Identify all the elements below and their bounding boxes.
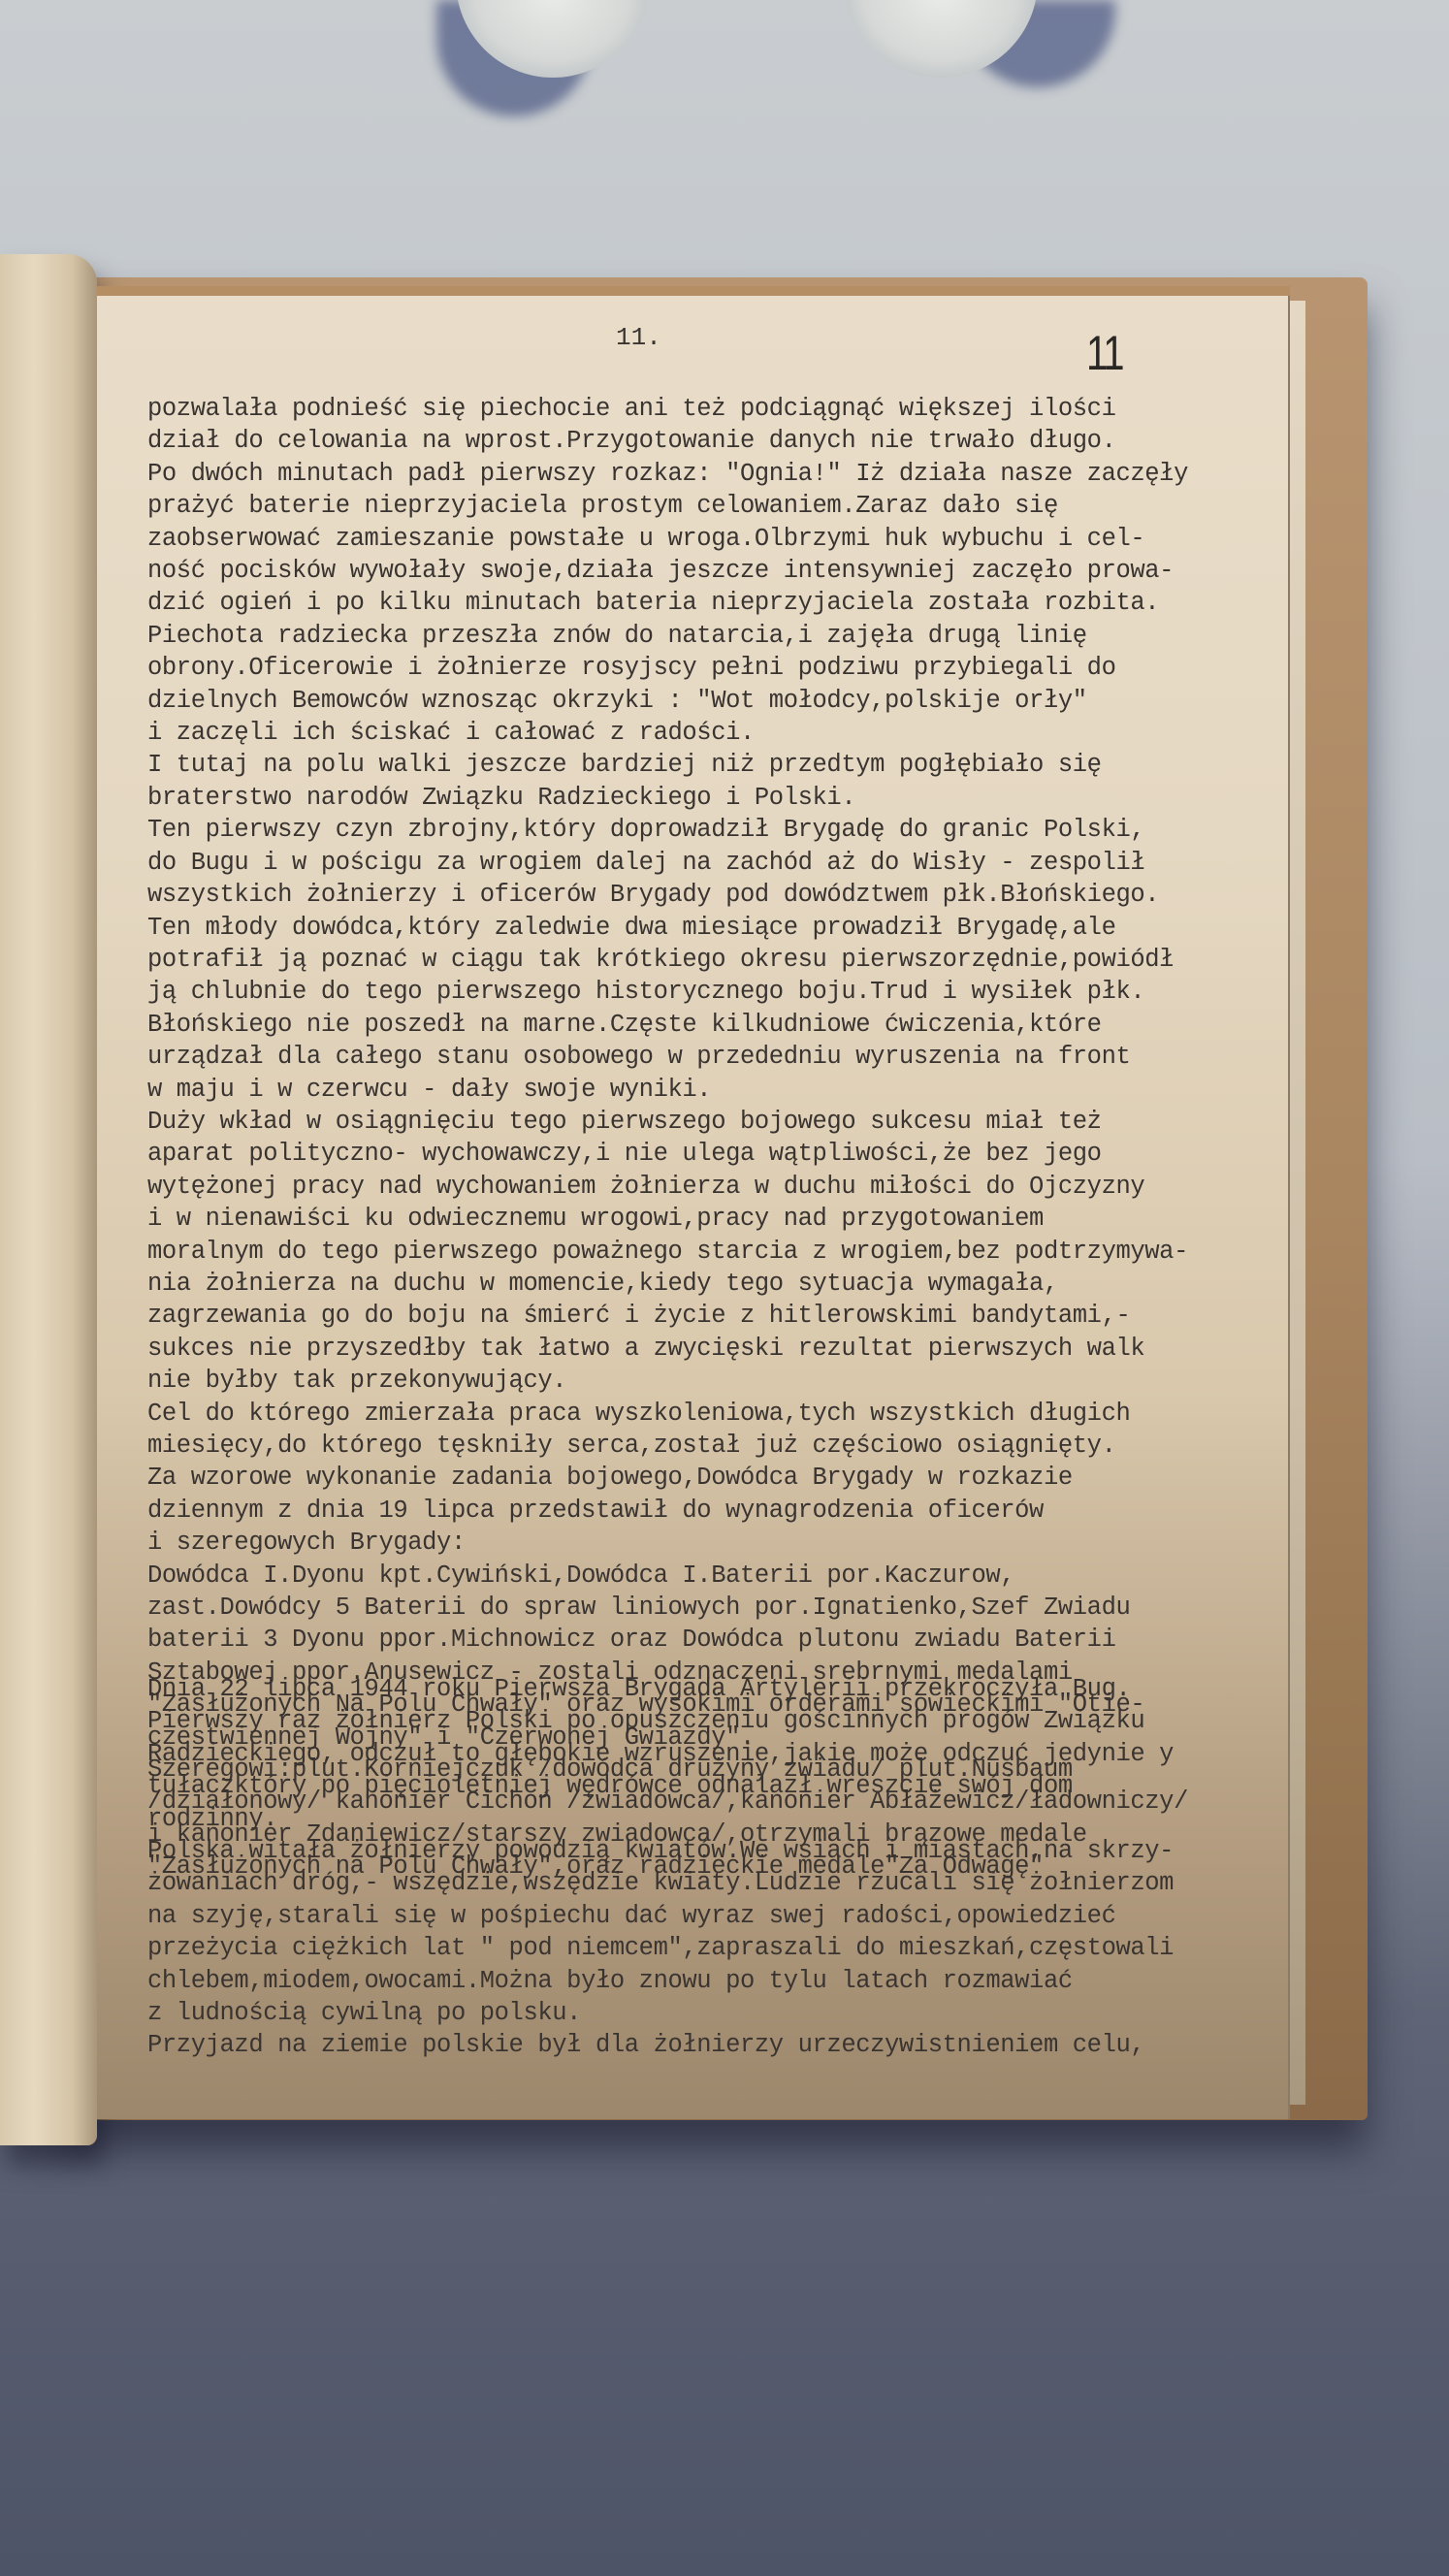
text-line: i w nienawiści ku odwiecznemu wrogowi,pr… — [147, 1203, 1292, 1235]
folder-spine — [0, 254, 97, 2145]
stamped-page-number: 11 — [1086, 327, 1123, 381]
text-line: baterii 3 Dyonu ppor.Michnowicz oraz Dow… — [147, 1624, 1292, 1656]
text-line: Przyjazd na ziemie polskie był dla żołni… — [147, 2029, 1292, 2061]
text-line: Polska witała żołnierzy powodzią kwiatów… — [147, 1835, 1292, 1867]
text-line: tułaczktóry po pięcioletniej wędrówce od… — [147, 1770, 1292, 1802]
out-of-focus-object — [417, 0, 1096, 78]
text-line: rodzinny. — [147, 1803, 1292, 1835]
text-line: Dnia 22 lipca 1944 roku Pierwsza Brygada… — [147, 1673, 1292, 1705]
text-line: Cel do którego zmierzała praca wyszkolen… — [147, 1398, 1292, 1430]
text-line: żowaniach dróg,- wszędzie,wszędzie kwiat… — [147, 1867, 1292, 1899]
text-line: sukces nie przyszedłby tak łatwo a zwyci… — [147, 1333, 1292, 1365]
body-text-block-1: pozwalała podnieść się piechocie ani też… — [147, 393, 1292, 1884]
text-line: i zaczęli ich ściskać i całować z radośc… — [147, 717, 1292, 749]
text-line: ją chlubnie do tego pierwszego historycz… — [147, 976, 1292, 1008]
text-line: Po dwóch minutach padł pierwszy rozkaz: … — [147, 458, 1292, 490]
text-line: Za wzorowe wykonanie zadania bojowego,Do… — [147, 1462, 1292, 1494]
text-line: urządzał dla całego stanu osobowego w pr… — [147, 1041, 1292, 1073]
text-line: moralnym do tego pierwszego poważnego st… — [147, 1236, 1292, 1268]
document-page: 11. 11 pozwalała podnieść się piechocie … — [97, 286, 1290, 2119]
text-line: braterstwo narodów Związku Radzieckiego … — [147, 782, 1292, 814]
text-line: dziennym z dnia 19 lipca przedstawił do … — [147, 1495, 1292, 1527]
text-line: obrony.Oficerowie i żołnierze rosyjscy p… — [147, 652, 1292, 684]
text-line: dzić ogień i po kilku minutach bateria n… — [147, 587, 1292, 619]
text-line: ność pocisków wywołały swoje,działa jesz… — [147, 555, 1292, 587]
text-line: wszystkich żołnierzy i oficerów Brygady … — [147, 879, 1292, 911]
text-line: nia żołnierza na duchu w momencie,kiedy … — [147, 1268, 1292, 1300]
text-line: zaobserwować zamieszanie powstałe u wrog… — [147, 523, 1292, 555]
text-line: Dowódca I.Dyonu kpt.Cywiński,Dowódca I.B… — [147, 1560, 1292, 1592]
text-line: dzielnych Bemowców wznosząc okrzyki : "W… — [147, 685, 1292, 717]
text-line: aparat polityczno- wychowawczy,i nie ule… — [147, 1138, 1292, 1170]
text-line: prażyć baterie nieprzyjaciela prostym ce… — [147, 490, 1292, 522]
text-line: pozwalała podnieść się piechocie ani też… — [147, 393, 1292, 425]
text-line: nie byłby tak przekonywujący. — [147, 1365, 1292, 1397]
text-line: potrafił ją poznać w ciągu tak krótkiego… — [147, 944, 1292, 976]
body-text-block-2: Dnia 22 lipca 1944 roku Pierwsza Brygada… — [147, 1673, 1292, 2062]
text-line: na szyję,starali się w pośpiechu dać wyr… — [147, 1900, 1292, 1932]
text-line: do Bugu i w pościgu za wrogiem dalej na … — [147, 847, 1292, 879]
text-line: Ten młody dowódca,który zaledwie dwa mie… — [147, 912, 1292, 944]
text-line: I tutaj na polu walki jeszcze bardziej n… — [147, 749, 1292, 781]
text-line: Duży wkład w osiągnięciu tego pierwszego… — [147, 1106, 1292, 1138]
text-line: z ludnością cywilną po polsku. — [147, 1997, 1292, 2029]
text-line: chlebem,miodem,owocami.Można było znowu … — [147, 1965, 1292, 1997]
text-line: miesięcy,do którego tęskniły serca,zosta… — [147, 1430, 1292, 1462]
text-line: i szeregowych Brygady: — [147, 1527, 1292, 1559]
text-line: Piechota radziecka przeszła znów do nata… — [147, 620, 1292, 652]
text-line: Błońskiego nie poszedł na marne.Częste k… — [147, 1009, 1292, 1041]
text-line: zast.Dowódcy 5 Baterii do spraw liniowyc… — [147, 1592, 1292, 1624]
text-line: przeżycia ciężkich lat " pod niemcem",za… — [147, 1932, 1292, 1964]
text-line: Pierwszy raz żołnierz Polski po opuszcze… — [147, 1705, 1292, 1737]
text-line: wytężonej pracy nad wychowaniem żołnierz… — [147, 1171, 1292, 1203]
typed-page-number: 11. — [616, 323, 661, 352]
text-line: Radzieckiego, odczuł to głębokie wzrusze… — [147, 1738, 1292, 1770]
text-line: zagrzewania go do boju na śmierć i życie… — [147, 1300, 1292, 1332]
text-line: Ten pierwszy czyn zbrojny,który doprowad… — [147, 814, 1292, 846]
text-line: w maju i w czerwcu - dały swoje wyniki. — [147, 1074, 1292, 1106]
text-line: dział do celowania na wprost.Przygotowan… — [147, 425, 1292, 457]
